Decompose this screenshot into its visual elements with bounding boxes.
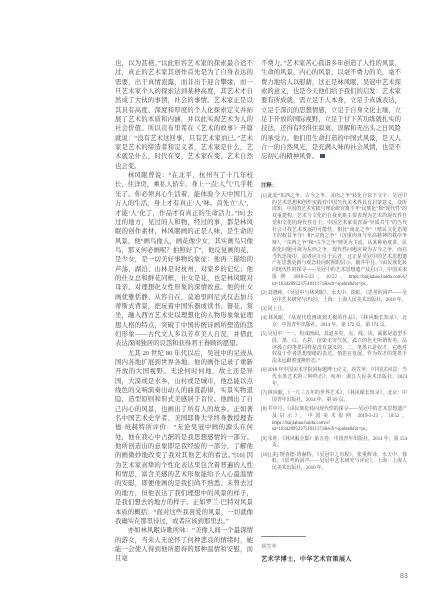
note-text: [美] 理查德·班赫特，《吴冠中之历程》，张重辉译，水天中、徐虹，《思考的回声—… [270, 453, 407, 472]
note-item: [5]吴冠中：“一、构成画面，其道多矣，点、线、块、面都是造型手段，黑、白、五彩… [261, 332, 407, 366]
note-id: [7] [261, 391, 267, 396]
paragraph: 林风眠曾说：“在北平、杭州当了十几年校长，住洋房，乘私人轿车，身上一点‘人气’几… [115, 171, 253, 349]
note-id: [9] [261, 437, 267, 442]
note-item: [4]林风眠，《从现代绘画谈到无极的作品》，《林风眠长短录》，北京：中国青年出版… [261, 316, 407, 330]
author-title: 艺术学博士，中华艺术宫策展人 [261, 554, 407, 563]
note-id: [1] [261, 194, 267, 199]
paragraph: 也，以为甚楛。”以此形容艺术家的探索最合适不过，真正的艺术家其创作首先是为了自身… [115, 59, 253, 171]
note-id: [10] [261, 453, 269, 458]
author-name: 项笠苹 [261, 543, 407, 550]
note-text: 此处“东西之争、古今之争、灵肉之争”转化自以下文字：吴冠中的艺术思想和创作实践对… [268, 194, 407, 287]
author-block: 项笠苹 艺术学博士，中华艺术宫策展人 [261, 536, 407, 563]
note-text: 林风眠，《一九三五年的世界艺术》，《林风眠长短录》，北京：中国青年出版社，201… [268, 391, 407, 403]
notes-list: [1]此处“东西之争、古今之争、灵肉之争”转化自以下文字：吴冠中的艺术思想和创作… [261, 194, 407, 473]
article-end-mark-icon [320, 154, 325, 159]
note-text: 2018 年中国美术学院同标题博士论文，项笠苹，《中国式风景：当代水墨艺术的三种… [268, 368, 407, 387]
note-id: [5] [261, 332, 267, 337]
note-item: [8]井中月，《由民族化转向现代性的探寻——吴冠中的艺术思想遗产及启示》，中国美… [261, 407, 407, 434]
note-id: [8] [261, 407, 267, 412]
paragraph: 尤其 20 世纪 80 年代以后，吴冠中的足迹从国内各地扩展到世界各地。他的画作… [115, 349, 253, 527]
note-item: [3]同上注。 [261, 307, 407, 314]
note-item: [6]2018 年中国美术学院同标题博士论文，项笠苹，《中国式风景：当代水墨艺术… [261, 368, 407, 388]
left-column: 也，以为甚楛。”以此形容艺术家的探索最合适不过，真正的艺术家其创作首先是为了自身… [115, 59, 253, 564]
note-id: [2] [261, 291, 267, 296]
note-text: 林风眠，《从现代绘画谈到无极的作品》，《林风眠长短录》，北京：中国青年出版社，2… [268, 316, 407, 328]
document-page: 也，以为甚楛。”以此形容艺术家的探索最合适不过，真正的艺术家其创作首先是为了自身… [0, 0, 427, 603]
note-text: 同上注。 [268, 307, 287, 312]
note-id: [3] [261, 307, 267, 312]
note-item: [7]林风眠，《一九三五年的世界艺术》，《林风眠长短录》，北京：中国青年出版社，… [261, 391, 407, 405]
note-id: [4] [261, 316, 267, 321]
paragraph: 亦如林风眠诗歌所咏：“美像人间一个最深情的游女，当来人无论怀了何种悲哀的情绪时，… [115, 526, 253, 563]
note-item: [1]此处“东西之争、古今之争、灵肉之争”转化自以下文字：吴冠中的艺术思想和创作… [261, 194, 407, 289]
note-item: [9]朱朴，《林风眠全集》第五卷，中国青年出版社，2014 年，第 154 页。 [261, 437, 407, 451]
note-text: 刘骁纯，《吴冠中与林风眠》，水天中、徐虹，《思考的回声——吴冠中艺术研究与评论》… [268, 291, 407, 303]
page-number: 83 [400, 573, 408, 580]
note-text: 井中月，《由民族化转向现代性的探寻——吴冠中的艺术思想遗产及启示》，中国美术报网… [268, 407, 407, 432]
note-text: 吴冠中：“一、构成画面，其道多矣，点、线、块、面都是造型手段，黑、白、五彩，渲染… [268, 332, 407, 364]
paragraph-continuation: 不费力。”艺术家苦心孤诣多年创造了人性的风景，生命的风景，内心的风景，以毫不费力… [261, 59, 401, 162]
paragraph-text: 不费力。”艺术家苦心孤诣多年创造了人性的风景，生命的风景，内心的风景，以毫不费力… [261, 60, 401, 160]
note-id: [6] [261, 368, 267, 373]
author-divider [261, 536, 306, 537]
notes-header: 注释： [261, 181, 407, 189]
note-text: 朱朴，《林风眠全集》第五卷，中国青年出版社，2014 年，第 154 页。 [268, 437, 407, 449]
right-column: 不费力。”艺术家苦心孤诣多年创造了人性的风景，生命的风景，内心的风景，以毫不费力… [261, 59, 407, 475]
note-item: [2]刘骁纯，《吴冠中与林风眠》，水天中、徐虹，《思考的回声——吴冠中艺术研究与… [261, 291, 407, 305]
note-item: [10][美] 理查德·班赫特，《吴冠中之历程》，张重辉译，水天中、徐虹，《思考… [261, 453, 407, 473]
